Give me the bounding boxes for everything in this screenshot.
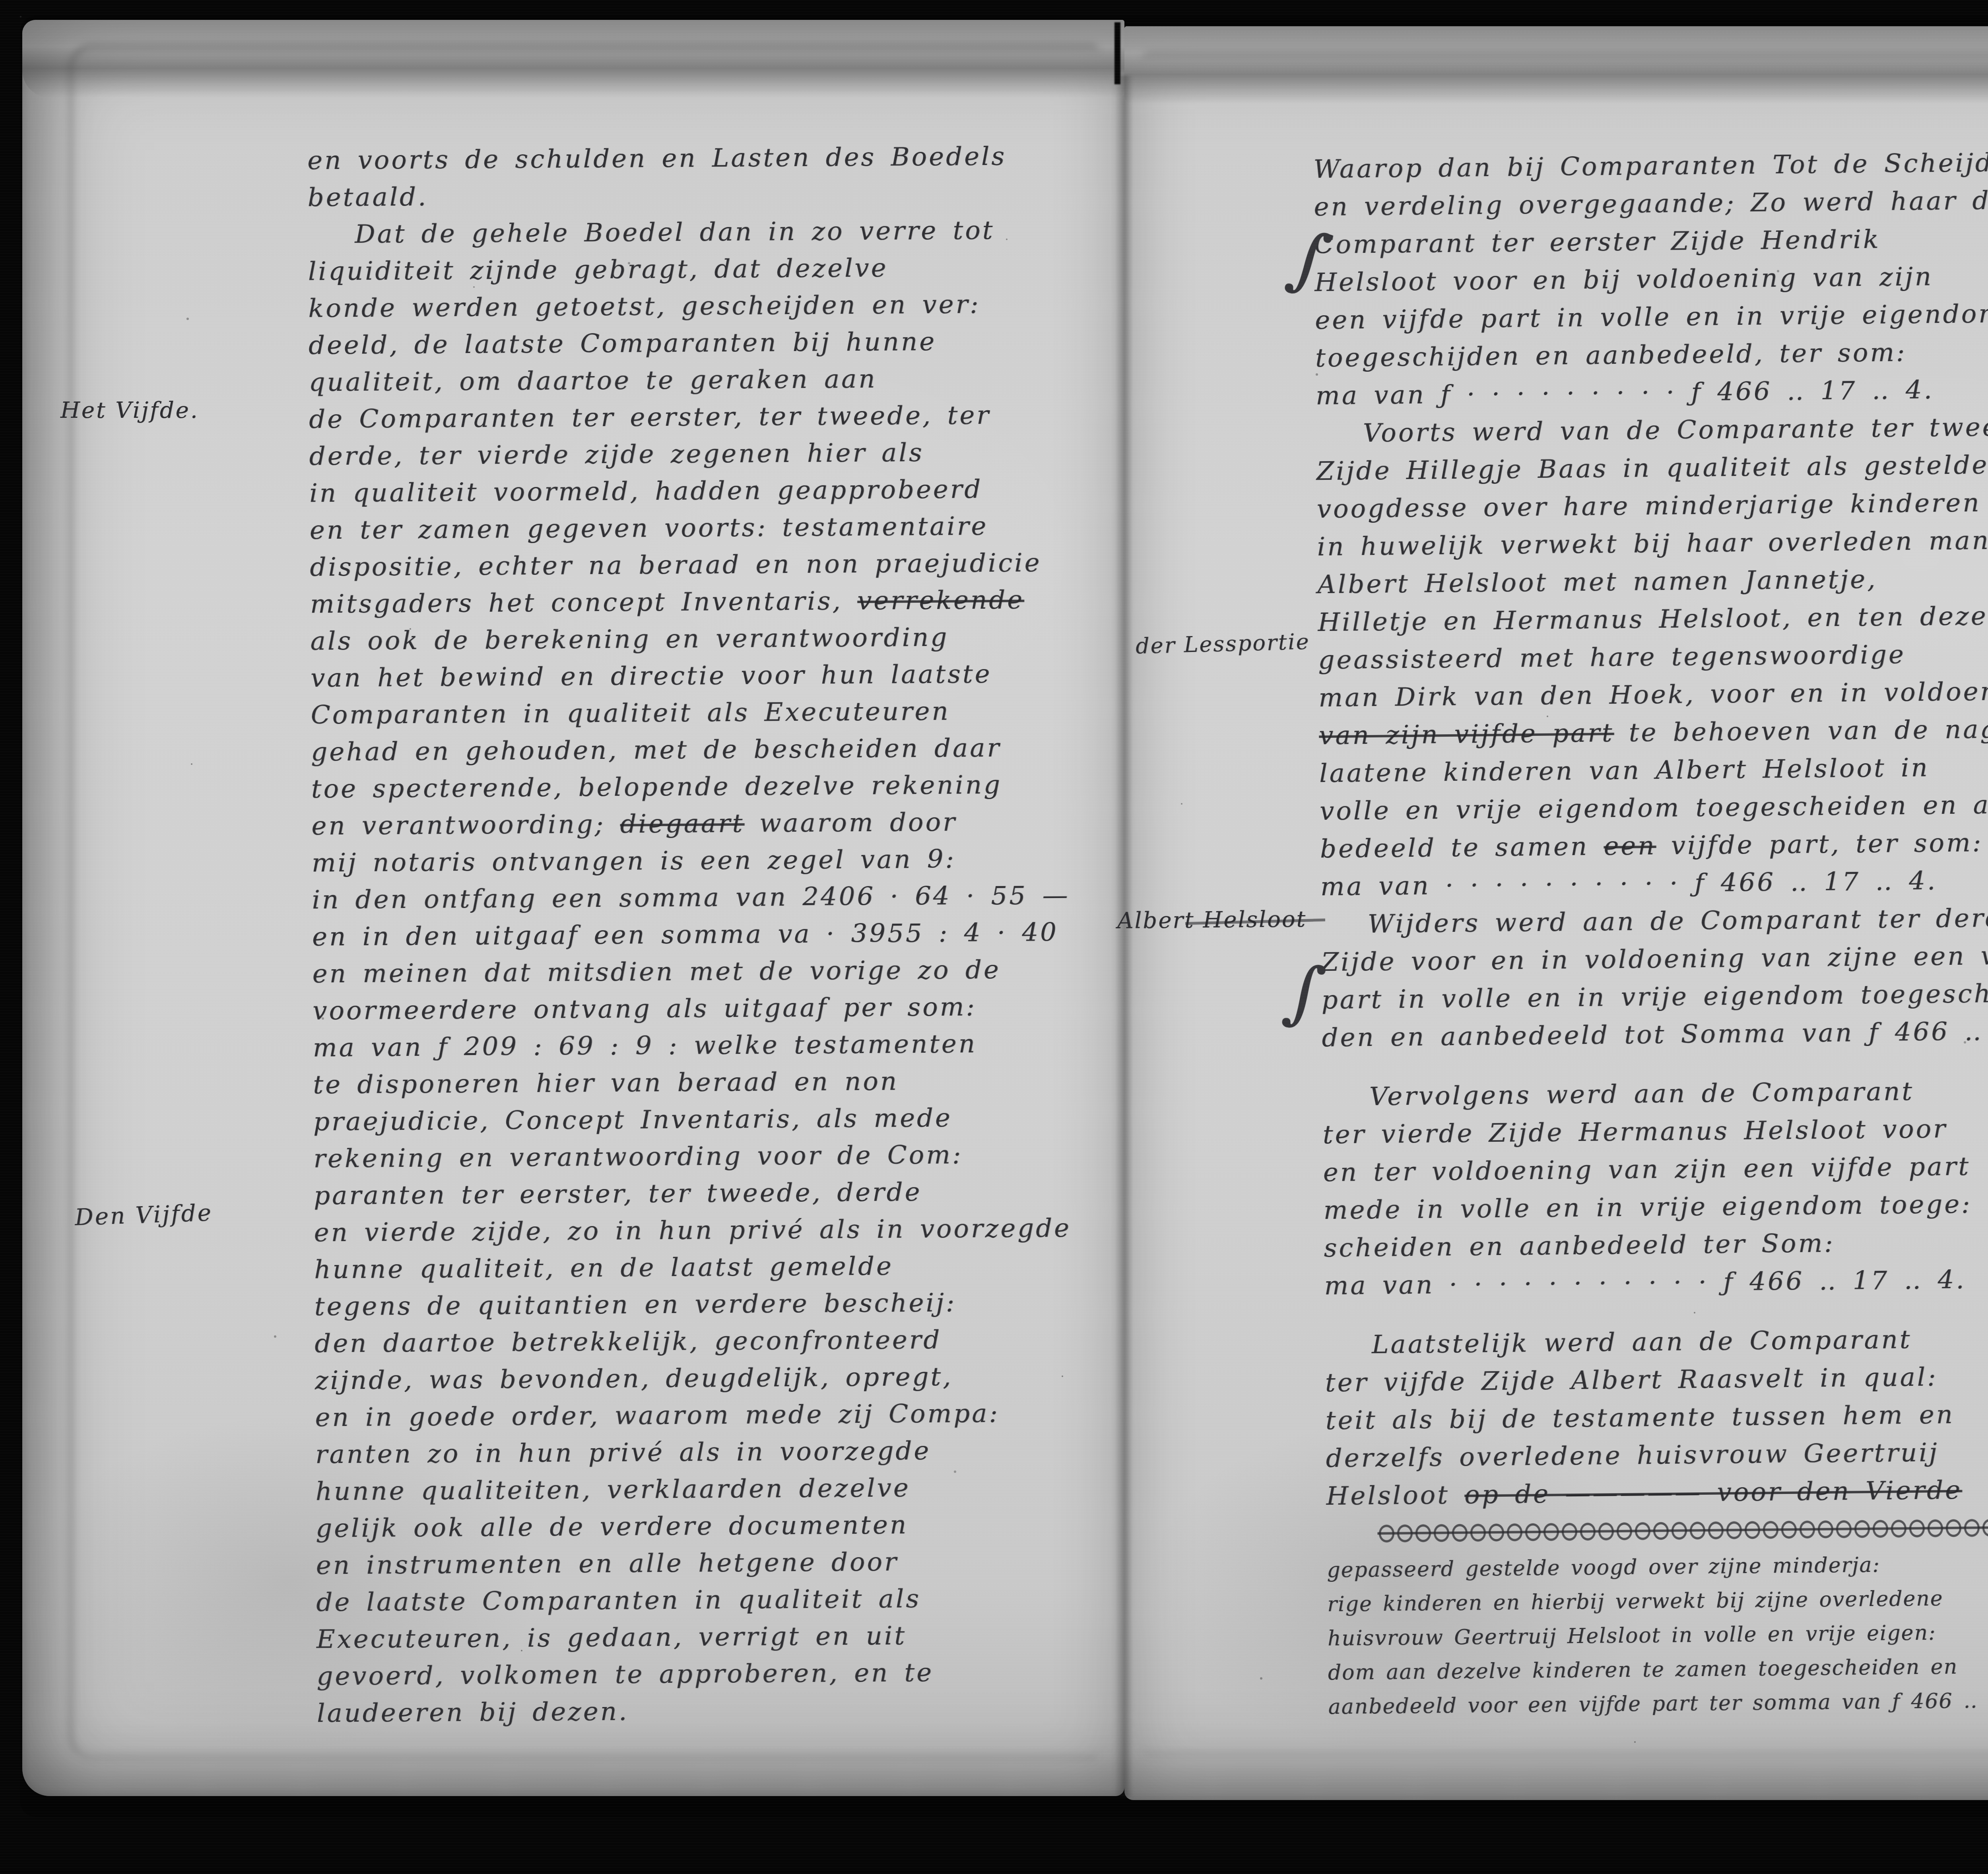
manuscript-line: laudeeren bij dezen. xyxy=(317,1690,1156,1732)
manuscript-line: toe specterende, belopende dezelve reken… xyxy=(311,766,1150,808)
manuscript-line: mij notaris ontvangen is een zegel van 9… xyxy=(312,840,1151,882)
manuscript-line: te disponeren hier van beraad en non xyxy=(313,1062,1152,1104)
manuscript-line: en in goede order, waarom mede zij Compa… xyxy=(315,1395,1154,1437)
manuscript-line: in den ontfang een somma van 2406 · 64 ·… xyxy=(312,877,1151,919)
manuscript-line: en verantwoording; diegaart waarom door xyxy=(311,803,1151,845)
spine-slit xyxy=(1114,22,1120,84)
manuscript-line: en instrumenten en alle hetgene door xyxy=(316,1542,1155,1585)
margin-note-den-vijfde: Den Vijfde xyxy=(74,1199,213,1231)
struck-text: diegaart xyxy=(620,809,744,839)
paper-specks xyxy=(20,16,21,17)
manuscript-line: Dat de gehele Boedel dan in zo verre tot xyxy=(308,211,1147,254)
manuscript-line: ma van ƒ 209 : 69 : 9 : welke testamente… xyxy=(313,1025,1152,1067)
manuscript-line: Laatstelijk werd aan de Comparant xyxy=(1324,1318,1988,1364)
manuscript-line: zijnde, was bevonden, deugdelijk, opregt… xyxy=(315,1358,1154,1400)
struck-text: een xyxy=(1604,831,1656,861)
manuscript-line: mitsgaders het concept Inventaris, verre… xyxy=(310,581,1149,623)
manuscript-line: gelijk ook alle de verdere documenten xyxy=(316,1505,1155,1548)
manuscript-line: van het bewind en directie voor hun laat… xyxy=(311,655,1150,697)
manuscript-line: voormeerdere ontvang als uitgaaf per som… xyxy=(313,988,1152,1030)
manuscript-line: den daartoe betrekkelijk, geconfronteerd xyxy=(315,1321,1154,1363)
manuscript-line: rekening en verantwoording voor de Com: xyxy=(313,1136,1153,1178)
manuscript-line: praejudicie, Concept Inventaris, als med… xyxy=(313,1099,1153,1141)
manuscript-line: paranten ter eerster, ter tweede, derde xyxy=(314,1173,1153,1215)
manuscript-line: konde werden getoetst, gescheijden en ve… xyxy=(308,285,1147,328)
manuscript-line: betaald. xyxy=(307,175,1147,217)
manuscript-line: liquiditeit zijnde gebragt, dat dezelve xyxy=(308,248,1147,291)
margin-note-het-vijfde: Het Vijfde. xyxy=(60,398,199,423)
manuscript-line: en vierde zijde, zo in hun privé als in … xyxy=(314,1210,1153,1252)
manuscript-line: de Comparanten ter eerster, ter tweede, … xyxy=(309,396,1148,438)
manuscript-line: gevoerd, volkomen te approberen, en te xyxy=(316,1653,1156,1696)
manuscript-line: Comparanten in qualiteit als Executeuren xyxy=(311,692,1150,734)
manuscript-scan: en voorts de schulden en Lasten des Boed… xyxy=(0,0,1988,1874)
manuscript-line: en ter zamen gegeven voorts: testamentai… xyxy=(309,507,1149,549)
struck-text: verrekende xyxy=(857,585,1024,616)
right-page-text: Waarop dan bij Comparanten Tot de Scheij… xyxy=(1313,142,1988,1724)
manuscript-line: en in den uitgaaf een somma va · 3955 : … xyxy=(312,914,1151,956)
left-page-text: en voorts de schulden en Lasten des Boed… xyxy=(307,138,1156,1732)
manuscript-line: hunne qualiteit, en de laatst gemelde xyxy=(314,1247,1153,1289)
manuscript-line: deeld, de laatste Comparanten bij hunne xyxy=(309,322,1148,365)
manuscript-line: en meinen dat mitsdien met de vorige zo … xyxy=(312,951,1151,993)
margin-note-der-lessportie: der Lessportie xyxy=(1135,629,1310,658)
manuscript-line: dispositie, echter na beraad en non prae… xyxy=(310,544,1149,586)
manuscript-line: Vervolgens werd aan de Comparant xyxy=(1322,1070,1988,1116)
manuscript-line: derde, ter vierde zijde zegenen hier als xyxy=(309,433,1148,475)
manuscript-line: als ook de berekening en verantwoording xyxy=(310,618,1149,660)
manuscript-line: Executeuren, is gedaan, verrigt en uit xyxy=(316,1616,1156,1659)
manuscript-line: in qualiteit voormeld, hadden geapprobee… xyxy=(309,470,1149,512)
struck-text: op de ————— voor den Vierde xyxy=(1464,1476,1962,1510)
manuscript-line: en voorts de schulden en Lasten des Boed… xyxy=(307,138,1147,180)
manuscript-line: hunne qualiteiten, verklaarden dezelve xyxy=(315,1469,1155,1511)
manuscript-line: de laatste Comparanten in qualiteit als xyxy=(316,1579,1155,1622)
manuscript-line: ranten zo in hun privé als in voorzegde xyxy=(315,1432,1155,1474)
manuscript-line: qualiteit, om daartoe te geraken aan xyxy=(309,359,1148,402)
margin-note-albert-helsloot: Albert Helsloot xyxy=(1117,906,1307,934)
manuscript-line: tegens de quitantien en verdere bescheij… xyxy=(314,1284,1153,1326)
manuscript-line: gehad en gehouden, met de bescheiden daa… xyxy=(311,729,1150,771)
struck-text: van zijn vijfde part xyxy=(1319,718,1614,751)
